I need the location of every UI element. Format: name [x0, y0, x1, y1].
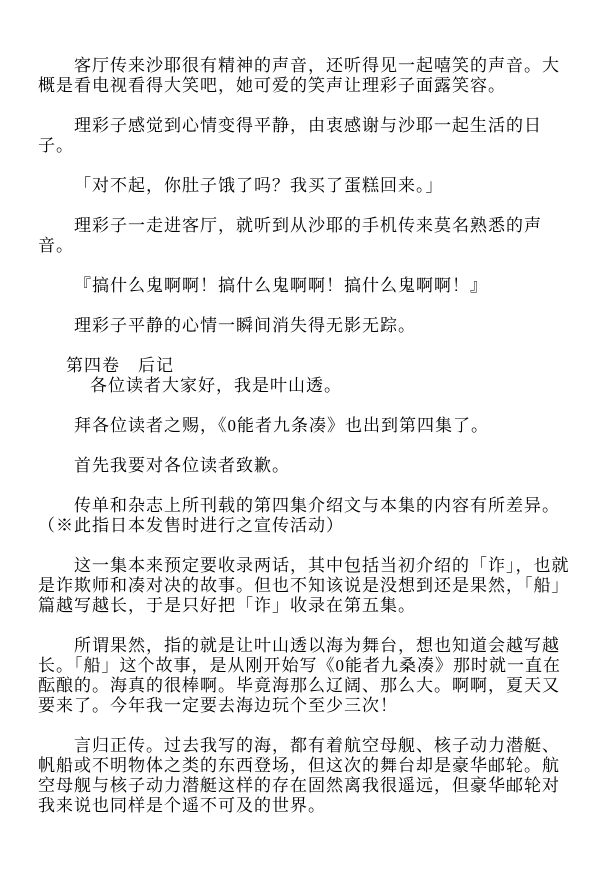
document-page: 客厅传来沙耶很有精神的声音，还听得见一起嘻笑的声音。大概是看电视看得大笑吧，她可…	[0, 0, 613, 869]
paragraph-calm-vanished: 理彩子平静的心情一瞬间消失得无影无踪。	[38, 316, 577, 336]
paragraph-author-greeting: 各位读者大家好，我是叶山透。	[38, 376, 577, 396]
paragraph-fourth-volume: 拜各位读者之赐，《0能者九条凑》也出到第四集了。	[38, 416, 577, 436]
paragraph-sea-setting: 所谓果然，指的就是让叶山透以海为舞台，想也知道会越写越长。「船」这个故事，是从刚…	[38, 636, 577, 716]
section-heading-afterword: 第四卷 后记	[38, 356, 577, 376]
paragraph-dialogue-cake: 「对不起，你肚子饿了吗？我买了蛋糕回来。」	[38, 176, 577, 196]
paragraph-phone-shouting: 『搞什么鬼啊啊！搞什么鬼啊啊！搞什么鬼啊啊！』	[38, 276, 577, 296]
paragraph-enter-living-room: 理彩子一走进客厅，就听到从沙耶的手机传来莫名熟悉的声音。	[38, 216, 577, 256]
paragraph-calm-feeling: 理彩子感觉到心情变得平静，由衷感谢与沙耶一起生活的日子。	[38, 116, 577, 156]
paragraph-living-room-voice: 客厅传来沙耶很有精神的声音，还听得见一起嘻笑的声音。大概是看电视看得大笑吧，她可…	[38, 56, 577, 96]
paragraph-two-stories-plan: 这一集本来预定要收录两话，其中包括当初介绍的「诈」，也就是诈欺师和凑对决的故事。…	[38, 556, 577, 616]
paragraph-cruise-ship: 言归正传。过去我写的海，都有着航空母舰、核子动力潜艇、帆船或不明物体之类的东西登…	[38, 736, 577, 816]
paragraph-apology: 首先我要对各位读者致歉。	[38, 456, 577, 476]
paragraph-flyer-difference: 传单和杂志上所刊载的第四集介绍文与本集的内容有所差异。（※此指日本发售时进行之宣…	[38, 496, 577, 536]
text-block: 客厅传来沙耶很有精神的声音，还听得见一起嘻笑的声音。大概是看电视看得大笑吧，她可…	[38, 56, 577, 816]
